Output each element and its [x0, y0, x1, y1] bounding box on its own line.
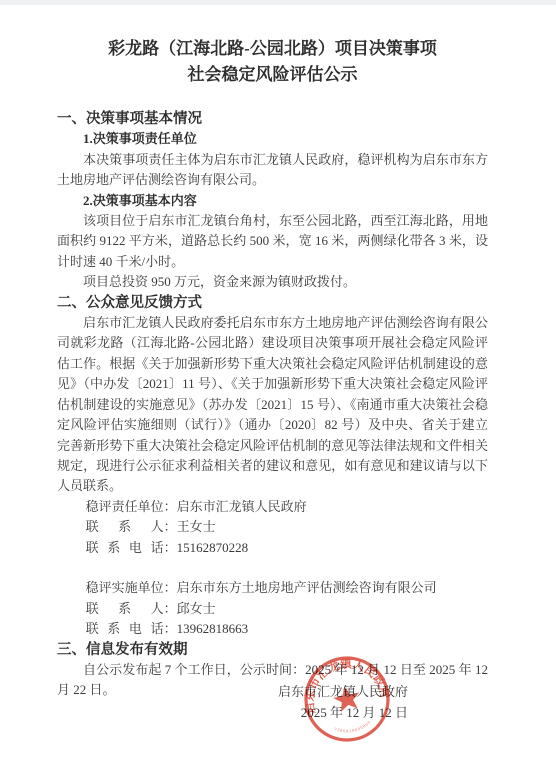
contact-colon: ：	[164, 499, 177, 514]
contact-unit-value: 启东市东方土地房地产评估测绘咨询有限公司	[177, 580, 437, 595]
contact-person-row: 联系人：王女士	[57, 517, 488, 537]
contact-phone-row: 联系电话：13962818663	[57, 619, 488, 639]
section1-heading: 一、决策事项基本情况	[57, 109, 488, 129]
signature-organization: 启东市汇龙镇人民政府	[278, 681, 408, 702]
document-body: 一、决策事项基本情况 1.决策事项责任单位 本决策事项责任主体为启东市汇龙镇人民…	[57, 109, 488, 701]
section1-subheading2: 2.决策事项基本内容	[57, 191, 488, 211]
contact-person-label: 联系人	[86, 517, 164, 537]
contact-colon: ：	[164, 621, 177, 636]
contact-unit-row: 稳评实施单位：启东市东方土地房地产评估测绘咨询有限公司	[57, 578, 488, 598]
contact-phone-row: 联系电话：15162870228	[57, 538, 488, 558]
signature-block: 启东市汇龙镇人民政府 2025 年 12 月 12 日	[278, 681, 408, 723]
contact-phone-label: 联系电话	[86, 619, 164, 639]
document-title: 彩龙路（江海北路-公园北路）项目决策事项 社会稳定风险评估公示	[57, 36, 488, 88]
contact-phone-label: 联系电话	[86, 538, 164, 558]
document-title-line1: 彩龙路（江海北路-公园北路）项目决策事项	[57, 36, 488, 62]
contact-unit-row: 稳评责任单位：启东市汇龙镇人民政府	[57, 497, 488, 517]
signature-date: 2025 年 12 月 12 日	[278, 702, 408, 723]
contact-unit-value: 启东市汇龙镇人民政府	[177, 499, 307, 514]
section1-paragraph3: 项目总投资 950 万元，资金来源为镇财政拨付。	[57, 272, 488, 292]
contact-phone-value: 15162870228	[177, 540, 249, 555]
section3-heading: 三、信息发布有效期	[57, 640, 488, 660]
contact-person-value: 王女士	[177, 519, 216, 534]
section2-paragraph1: 启东市汇龙镇人民政府委托启东市东方土地房地产评估测绘咨询有限公司就彩龙路（江海北…	[57, 313, 488, 497]
document-title-line2: 社会稳定风险评估公示	[57, 62, 488, 88]
contact-unit-label: 稳评实施单位	[86, 580, 164, 595]
contact-unit-label: 稳评责任单位	[86, 499, 164, 514]
contact-person-value: 邱女士	[177, 601, 216, 616]
contact-colon: ：	[164, 580, 177, 595]
section1-paragraph2: 该项目位于启东市汇龙镇台角村，东至公园北路，西至江海北路，用地面积约 9122 …	[57, 211, 488, 272]
contact-phone-value: 13962818663	[177, 621, 249, 636]
contact-block-implementing-unit: 稳评实施单位：启东市东方土地房地产评估测绘咨询有限公司 联系人：邱女士 联系电话…	[57, 578, 488, 639]
section1-subheading1: 1.决策事项责任单位	[57, 129, 488, 149]
contact-colon: ：	[164, 540, 177, 555]
contact-block-responsible-unit: 稳评责任单位：启东市汇龙镇人民政府 联系人：王女士 联系电话：151628702…	[57, 497, 488, 558]
contact-colon: ：	[164, 601, 177, 616]
document-page: 彩龙路（江海北路-公园北路）项目决策事项 社会稳定风险评估公示 一、决策事项基本…	[0, 5, 556, 701]
section1-paragraph1: 本决策事项责任主体为启东市汇龙镇人民政府，稳评机构为启东市东方土地房地产评估测绘…	[57, 150, 488, 191]
section2-heading: 二、公众意见反馈方式	[57, 293, 488, 313]
contact-person-row: 联系人：邱女士	[57, 599, 488, 619]
contact-person-label: 联系人	[86, 599, 164, 619]
section3-paragraph1: 自公示发布起 7 个工作日，公示时间：2025 年 12 月 12 日至 202…	[57, 660, 488, 701]
contact-colon: ：	[164, 519, 177, 534]
